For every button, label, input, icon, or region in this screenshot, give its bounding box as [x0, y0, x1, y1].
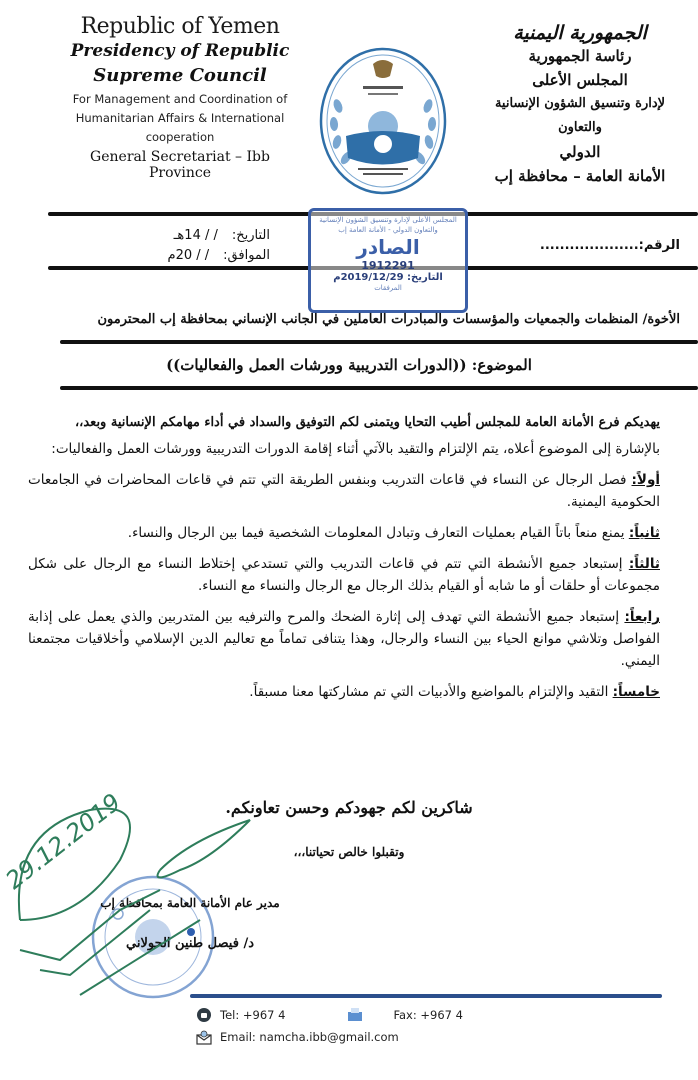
- directive-4-text: إستبعاد جميع الأنشطة التي تهدف إلى إثارة…: [28, 609, 660, 669]
- contact-footer: Tel: +967 4 Fax: +967 4 Email: namcha.ib…: [196, 1004, 463, 1048]
- phone-fax-row: Tel: +967 4 Fax: +967 4: [196, 1004, 463, 1026]
- addressee: الأخوة/ المنظمات والجمعيات والمؤسسات وال…: [90, 312, 680, 327]
- footer-divider: [190, 994, 662, 998]
- council-name-en: Supreme Council: [60, 65, 300, 86]
- signature-icon: 29.12.2019: [0, 770, 280, 1010]
- outgoing-stamp: المجلس الأعلى لإدارة وتنسيق الشؤون الإنس…: [308, 208, 468, 313]
- subject-divider: [60, 386, 698, 390]
- email-row: Email: namcha.ibb@gmail.com: [196, 1026, 463, 1048]
- directive-2-text: يمنع منعاً باتاً القيام بعمليات التعارف …: [128, 525, 625, 541]
- secretariat-ar: الأمانة العامة – محافظة إب: [480, 164, 680, 188]
- intro-paragraph: بالإشارة إلى الموضوع أعلاه، يتم الإلتزام…: [28, 438, 660, 460]
- stamp-attachments: المرفقات: [311, 283, 465, 293]
- fax-icon: [347, 1007, 363, 1023]
- reference-label: الرقم:: [639, 238, 680, 253]
- letter-body: يهديكم فرع الأمانة العامة للمجلس أطيب ال…: [28, 412, 660, 712]
- directive-4: رابعاً: إستبعاد جميع الأنشطة التي تهدف إ…: [28, 606, 660, 672]
- stamp-number: 1912291: [311, 259, 465, 272]
- country-name-ar: الجمهورية اليمنية: [480, 22, 680, 44]
- hijri-date-label: التاريخ:: [232, 226, 270, 246]
- email-icon: [196, 1029, 212, 1045]
- stamp-type: الصادر: [311, 235, 465, 259]
- directive-3: ثالثاً: إستبعاد جميع الأنشطة التي تتم في…: [28, 553, 660, 597]
- council-name-ar: المجلس الأعلى: [480, 68, 680, 92]
- phone-icon: [196, 1007, 212, 1023]
- council-purpose-line3: cooperation: [60, 128, 300, 147]
- emblem-icon: [318, 46, 448, 196]
- stamp-date: 2019/12/29م: [333, 272, 403, 283]
- date-block: التاريخ: / / 14هـ الموافق: / / 20م: [100, 226, 270, 266]
- council-purpose-ar-1: لإدارة وتنسيق الشؤون الإنسانية والتعاون: [480, 92, 680, 140]
- country-name-en: Republic of Yemen: [60, 14, 300, 39]
- council-logo: [318, 46, 448, 196]
- handwritten-date: 29.12.2019: [0, 788, 126, 895]
- directive-1-text: فصل الرجال عن النساء في قاعات التدريب وب…: [28, 472, 660, 510]
- stamp-org-line1: المجلس الأعلى لإدارة وتنسيق الشؤون الإنس…: [311, 215, 465, 225]
- directive-5-text: التقيد والإلتزام بالمواضيع والأدبيات الت…: [249, 684, 608, 700]
- handwritten-signature: 29.12.2019: [0, 770, 280, 1010]
- email-address[interactable]: Email: namcha.ibb@gmail.com: [220, 1030, 399, 1044]
- directive-3-text: إستبعاد جميع الأنشطة التي تتم في قاعات ا…: [28, 556, 660, 594]
- directive-1: أولاً: فصل الرجال عن النساء في قاعات الت…: [28, 469, 660, 513]
- greeting: يهديكم فرع الأمانة العامة للمجلس أطيب ال…: [28, 412, 660, 434]
- directive-2-label: ثانياً:: [629, 525, 660, 541]
- directive-4-label: رابعاً:: [624, 609, 660, 625]
- addressee-divider: [60, 340, 698, 344]
- hijri-date-value: / / 14هـ: [174, 226, 218, 246]
- council-purpose-line2: Humanitarian Affairs & International: [60, 109, 300, 128]
- presidency-name-ar: رئاسة الجمهورية: [480, 44, 680, 68]
- presidency-name-en: Presidency of Republic: [60, 41, 300, 61]
- gregorian-date-row: الموافق: / / 20م: [100, 246, 270, 266]
- council-purpose-en: For Management and Coordination of Human…: [60, 90, 300, 147]
- reference-number: الرقم:....................: [540, 238, 680, 253]
- directive-3-label: ثالثاً:: [629, 556, 660, 572]
- directive-5: خامساً: التقيد والإلتزام بالمواضيع والأد…: [28, 681, 660, 703]
- subject-line: الموضوع: ((الدورات التدريبية وورشات العم…: [0, 356, 698, 374]
- header-english: Republic of Yemen Presidency of Republic…: [60, 14, 300, 181]
- directive-5-label: خامساً:: [613, 684, 660, 700]
- stamp-org-line2: والتعاون الدولي - الأمانة العامة إب: [311, 225, 465, 235]
- council-purpose-line1: For Management and Coordination of: [60, 90, 300, 109]
- reference-dots: ....................: [540, 238, 639, 253]
- directive-2: ثانياً: يمنع منعاً باتاً القيام بعمليات …: [28, 522, 660, 544]
- gregorian-date-value: / / 20م: [168, 246, 210, 266]
- phone-number: Tel: +967 4: [220, 1008, 285, 1022]
- directive-1-label: أولاً:: [632, 472, 660, 488]
- fax-number: Fax: +967 4: [393, 1008, 463, 1022]
- council-purpose-ar-2: الدولي: [480, 140, 680, 164]
- stamp-date-label: التاريخ:: [407, 272, 443, 283]
- hijri-date-row: التاريخ: / / 14هـ: [100, 226, 270, 246]
- secretariat-en: General Secretariat – Ibb Province: [60, 149, 300, 181]
- stamp-date-row: التاريخ: 2019/12/29م: [311, 272, 465, 283]
- gregorian-date-label: الموافق:: [223, 246, 270, 266]
- header-arabic: الجمهورية اليمنية رئاسة الجمهورية المجلس…: [480, 22, 680, 188]
